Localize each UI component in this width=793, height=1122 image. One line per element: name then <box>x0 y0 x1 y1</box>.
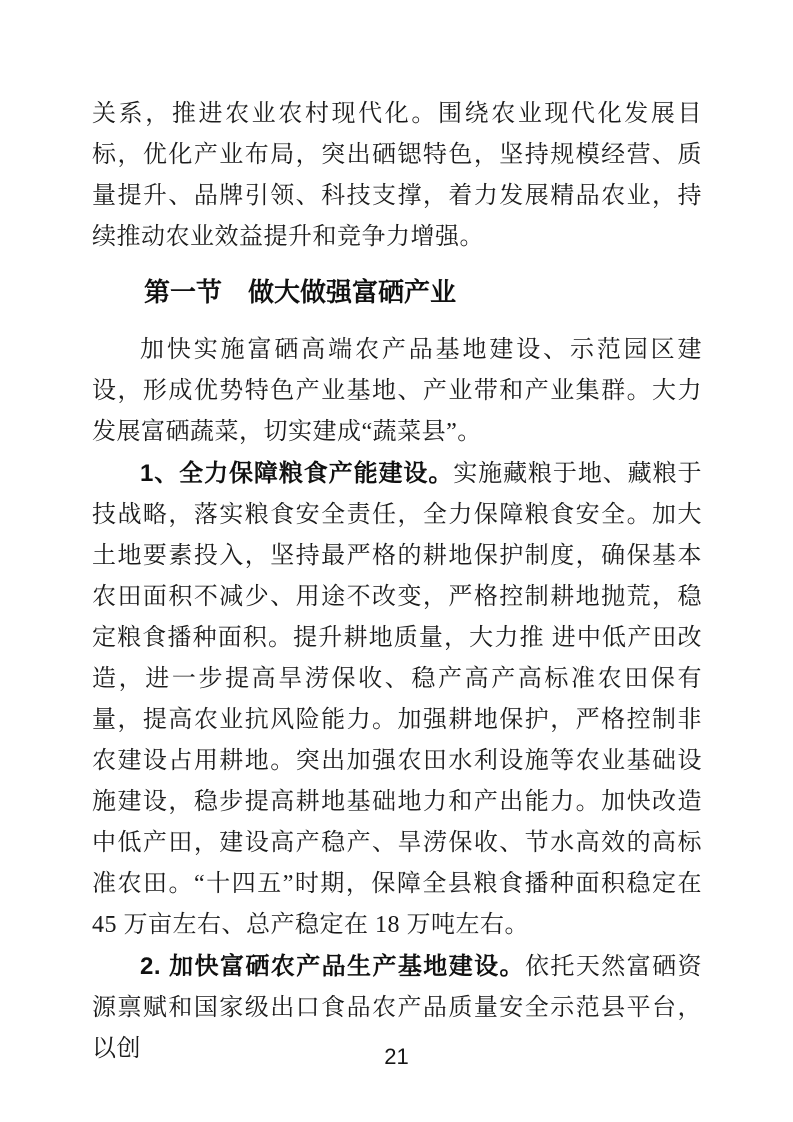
point-1-text: 实施藏粮于地、藏粮于技战略，落实粮食安全责任，全力保障粮食安全。加大土地要素投入… <box>92 461 702 938</box>
document-page: 关系，推进农业农村现代化。围绕农业现代化发展目标，优化产业布局，突出硒锶特色，坚… <box>0 0 793 1122</box>
paragraph-point-1: 1、全力保障粮食产能建设。实施藏粮于地、藏粮于技战略，落实粮食安全责任，全力保障… <box>92 453 702 946</box>
page-number: 21 <box>0 1044 793 1070</box>
page-content: 关系，推进农业农村现代化。围绕农业现代化发展目标，优化产业布局，突出硒锶特色，坚… <box>92 94 702 1070</box>
point-2-lead: 2. 加快富硒农产品生产基地建设。 <box>140 953 525 980</box>
paragraph-continuation: 关系，推进农业农村现代化。围绕农业现代化发展目标，优化产业布局，突出硒锶特色，坚… <box>92 94 702 258</box>
point-1-lead: 1、全力保障粮食产能建设。 <box>140 460 453 487</box>
paragraph-intro: 加快实施富硒高端农产品基地建设、示范园区建设，形成优势特色产业基地、产业带和产业… <box>92 330 702 453</box>
section-heading: 第一节 做大做强富硒产业 <box>92 272 702 312</box>
